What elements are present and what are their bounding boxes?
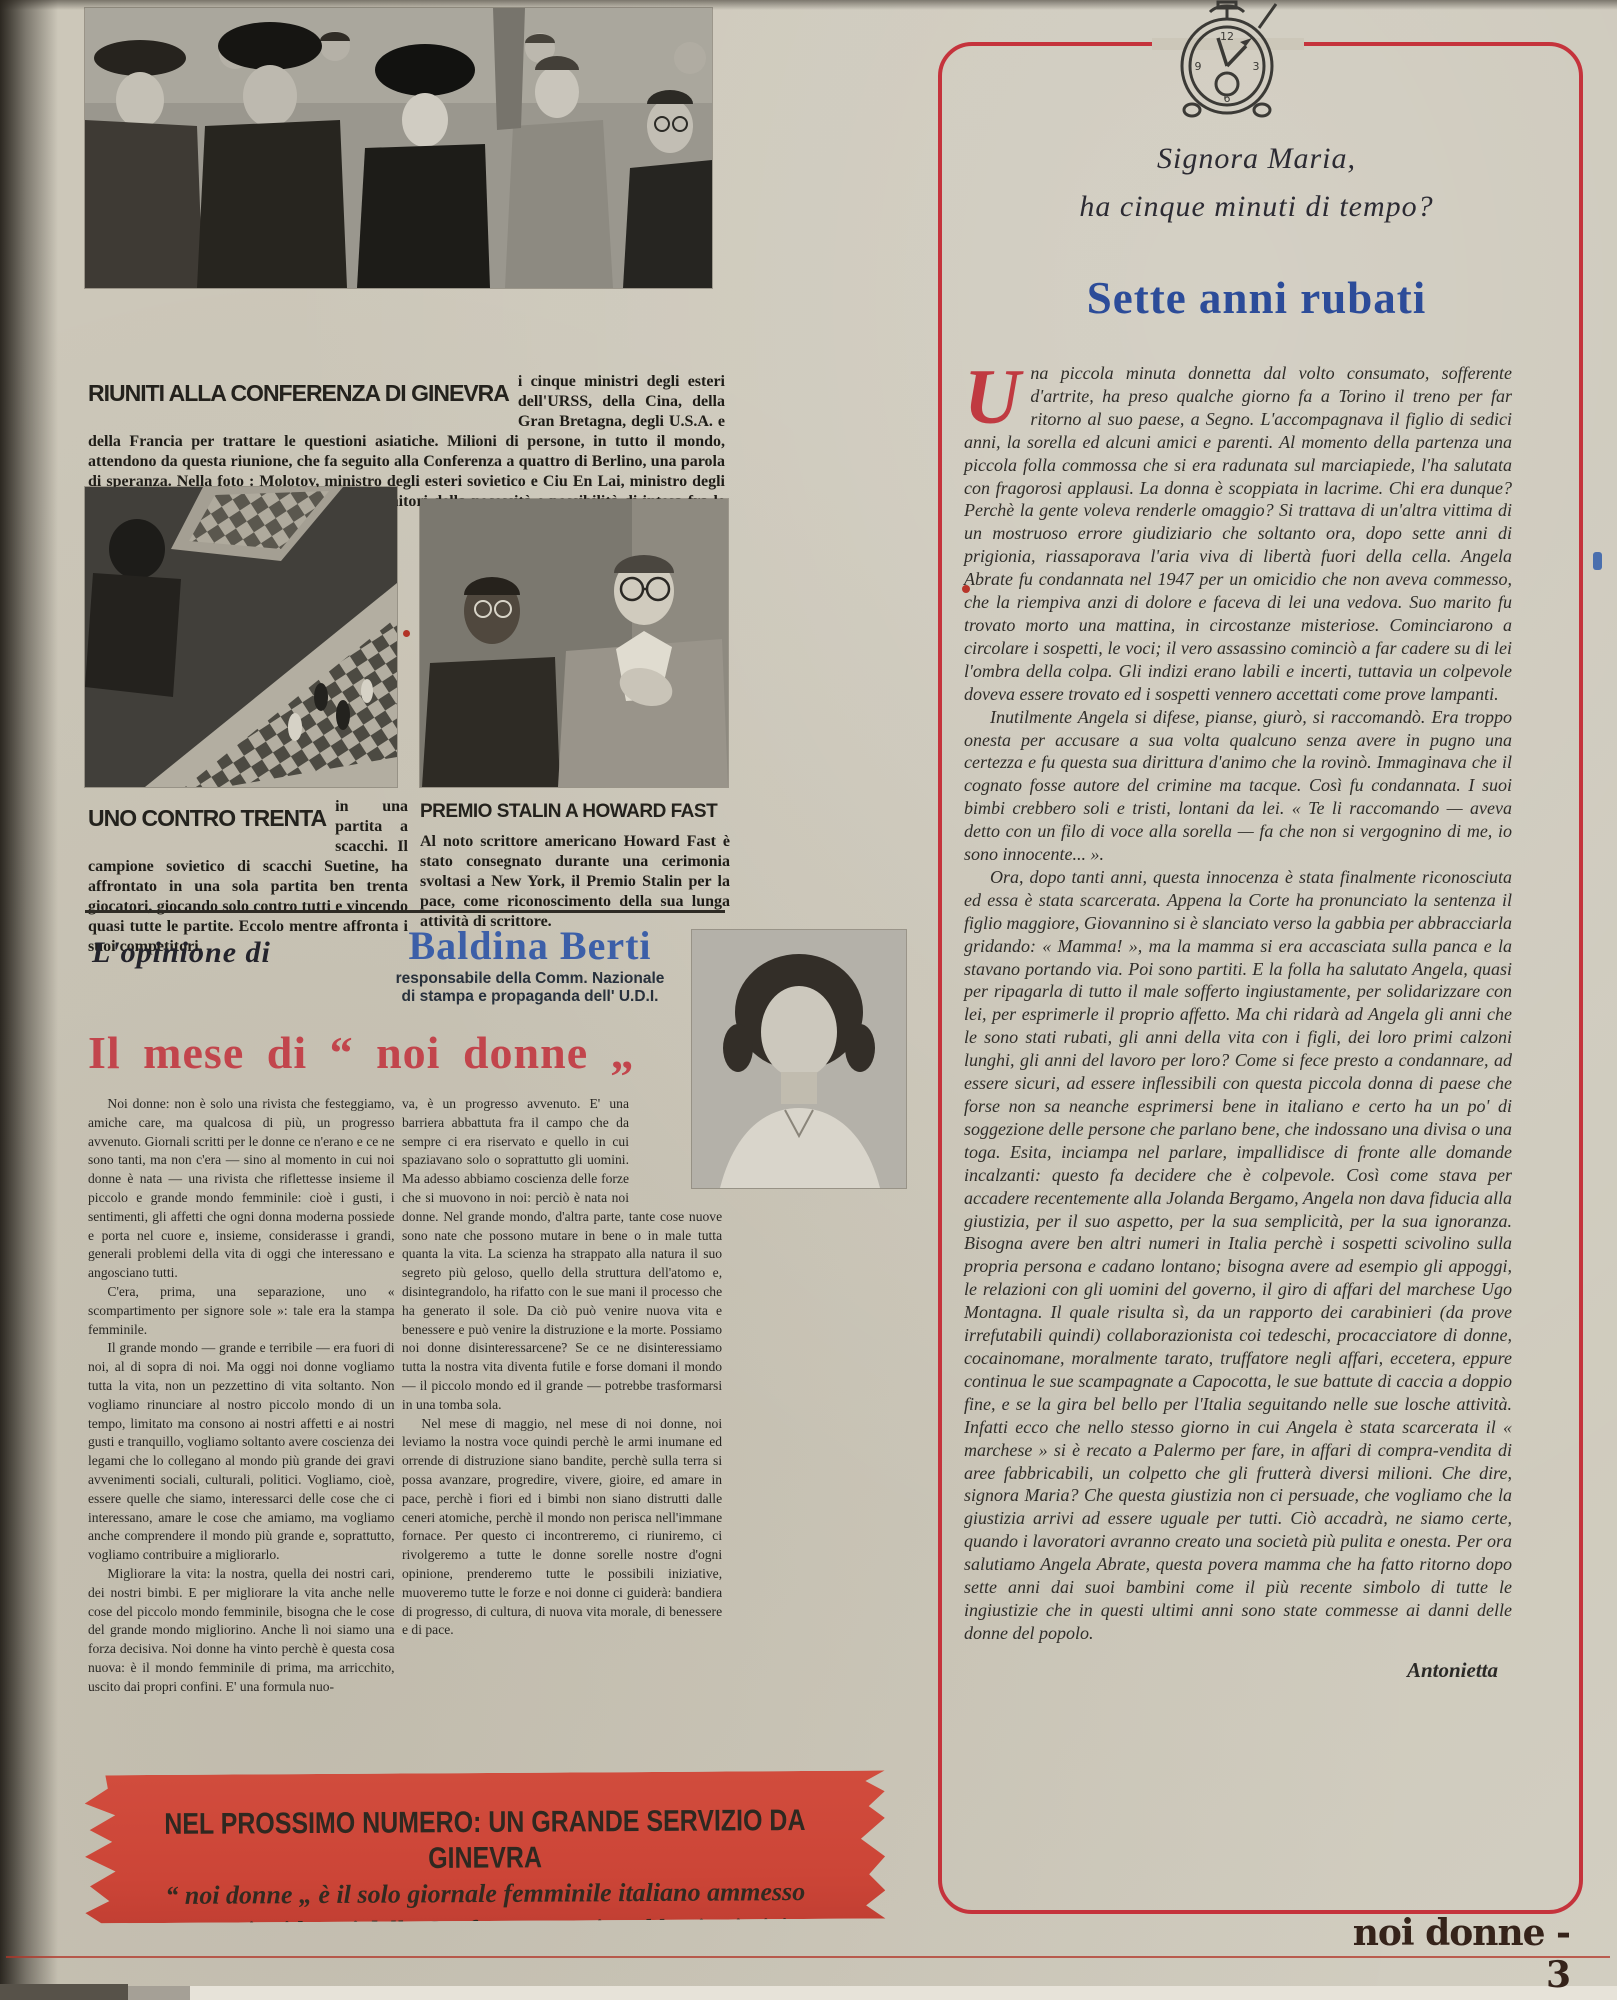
opinion-column-1: Noi donne: non è solo una rivista che fe… [88, 1096, 395, 1698]
clock-number-12: 12 [1220, 30, 1234, 43]
feature-kicker-line2: ha cinque minuti di tempo? [938, 190, 1575, 224]
scan-corner-bottom-left [0, 1984, 128, 2000]
conference-crowd-illustration [85, 8, 712, 288]
opinion-title: Il mese di “ noi donne „ [88, 1026, 728, 1079]
howard-fast-caption-title: PREMIO STALIN A HOWARD FAST [420, 792, 717, 832]
alarm-clock-drawing: 12 3 6 9 [1162, 0, 1292, 118]
feature-paragraph: Inutilmente Angela si difese, pianse, gi… [964, 706, 1512, 866]
opinion-author: Baldina Berti [320, 922, 740, 969]
feature-signature: Antonietta [964, 1659, 1512, 1682]
scan-shadow-left [0, 0, 58, 2000]
howard-fast-photo [420, 499, 728, 787]
conference-photo [85, 8, 712, 288]
alarm-clock-icon: 12 3 6 9 [1162, 0, 1292, 118]
opinion-column-2: va, è un progresso avvenuto. E' una barr… [402, 1096, 722, 1641]
magazine-page: RIUNITI ALLA CONFERENZA DI GINEVRA i cin… [0, 0, 1617, 2000]
opinion-paragraph: C'era, prima, una separazione, uno « sco… [88, 1284, 395, 1340]
photo-wrap-spacer [629, 1096, 722, 1196]
clock-number-9: 9 [1195, 60, 1202, 73]
howard-fast-illustration [420, 499, 728, 787]
banner-subline-2: a seguire i lavori della Conferenza per … [125, 1911, 845, 1949]
opinion-paragraph: Il grande mondo — grande e terribile — e… [88, 1340, 395, 1566]
feature-title: Sette anni rubati [938, 272, 1575, 324]
chess-match-illustration [85, 487, 397, 787]
scan-smudge-bottom [128, 1986, 190, 2000]
feature-paragraph: Ora, dopo tanti anni, questa innocenza è… [964, 866, 1512, 1645]
opinion-paragraph: Nel mese di maggio, nel mese di noi donn… [402, 1416, 722, 1642]
howard-fast-caption-text: Al noto scrittore americano Howard Fast … [420, 833, 730, 930]
conference-caption-title: RIUNITI ALLA CONFERENZA DI GINEVRA [88, 372, 509, 414]
clock-number-3: 3 [1253, 60, 1260, 73]
chess-caption-title: UNO CONTRO TRENTA [88, 797, 326, 839]
opinion-kicker: L'opinione di [92, 936, 271, 970]
drop-cap: U [964, 366, 1020, 428]
clock-number-6: 6 [1224, 92, 1231, 105]
feature-paragraph-text: na piccola minuta donnetta dal volto con… [964, 363, 1512, 704]
red-ink-speck [403, 630, 410, 637]
feature-article: Una piccola minuta donnetta dal volto co… [964, 362, 1512, 1682]
feature-paragraph: Una piccola minuta donnetta dal volto co… [964, 362, 1512, 706]
feature-kicker-line1: Signora Maria, [938, 142, 1575, 176]
section-divider [85, 910, 725, 913]
banner-subline-1: “ noi donne „ è il solo giornale femmini… [125, 1875, 845, 1913]
opinion-paragraph: Migliorare la vita: la nostra, quella de… [88, 1566, 395, 1698]
opinion-author-role-line2: di stampa e propaganda dell' U.D.I. [320, 988, 740, 1006]
chess-photo [85, 487, 397, 787]
opinion-author-role: responsabile della Comm. Nazionale di st… [320, 970, 740, 1006]
opinion-author-role-line1: responsabile della Comm. Nazionale [320, 970, 740, 988]
blue-ink-mark [1593, 552, 1602, 570]
next-issue-banner: NEL PROSSIMO NUMERO: UN GRANDE SERVIZIO … [85, 1771, 886, 1924]
page-brand-folio: noi donne - 3 [1330, 1912, 1570, 1996]
opinion-paragraph: Noi donne: non è solo una rivista che fe… [88, 1096, 395, 1284]
banner-headline: NEL PROSSIMO NUMERO: UN GRANDE SERVIZIO … [130, 1802, 841, 1878]
